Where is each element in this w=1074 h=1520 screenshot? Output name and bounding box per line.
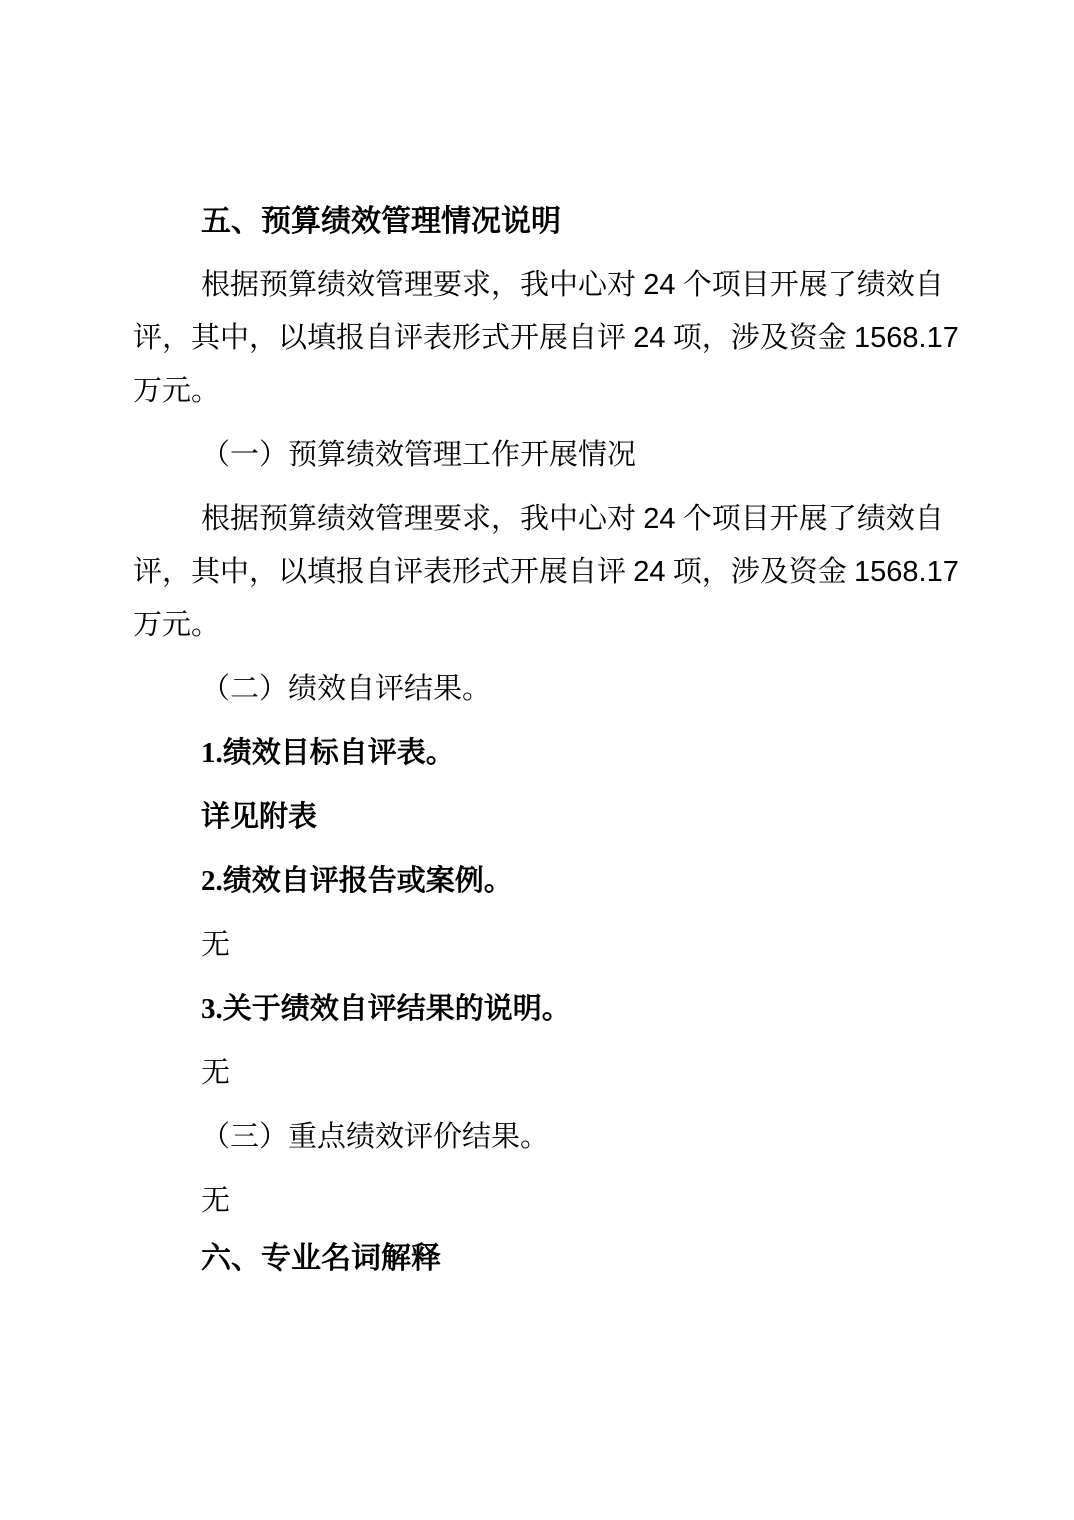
selfreview-count-number: 24 (633, 322, 665, 354)
subsection-heading-2: （二）绩效自评结果。 (133, 663, 940, 716)
text-run: 评，其中，以填报自评表形式开展自评 (133, 556, 633, 588)
paragraph-1-line-3: 万元。 (133, 365, 940, 418)
amount-number: 1568.17 (854, 556, 959, 588)
section-heading-5: 五、预算绩效管理情况说明 (133, 195, 940, 248)
item-2-title: 2.绩效自评报告或案例。 (133, 855, 940, 908)
document-page: 五、预算绩效管理情况说明 根据预算绩效管理要求，我中心对 24 个项目开展了绩效… (0, 0, 1074, 1520)
subsection-3-value: 无 (133, 1175, 940, 1228)
text-run: 评，其中，以填报自评表形式开展自评 (133, 322, 633, 354)
paragraph-1-line-2: 评，其中，以填报自评表形式开展自评 24 项，涉及资金 1568.17 (133, 312, 940, 365)
item-3-value: 无 (133, 1047, 940, 1100)
subsection-heading-1: （一）预算绩效管理工作开展情况 (133, 429, 940, 482)
item-2-value: 无 (133, 919, 940, 972)
project-count-number: 24 (643, 503, 675, 535)
text-run: 项，涉及资金 (666, 556, 855, 588)
paragraph-2-line-2: 评，其中，以填报自评表形式开展自评 24 项，涉及资金 1568.17 (133, 546, 940, 599)
item-1-value: 详见附表 (133, 791, 940, 844)
text-run: 根据预算绩效管理要求，我中心对 (201, 503, 643, 535)
item-3-title: 3.关于绩效自评结果的说明。 (133, 983, 940, 1036)
text-run: 项，涉及资金 (666, 322, 855, 354)
section-heading-6: 六、专业名词解释 (133, 1232, 940, 1285)
paragraph-2-line-3: 万元。 (133, 599, 940, 652)
subsection-heading-3: （三）重点绩效评价结果。 (133, 1111, 940, 1164)
paragraph-2-line-1: 根据预算绩效管理要求，我中心对 24 个项目开展了绩效自 (133, 493, 940, 546)
text-run: 根据预算绩效管理要求，我中心对 (201, 269, 643, 301)
selfreview-count-number: 24 (633, 556, 665, 588)
item-1-title: 1.绩效目标自评表。 (133, 727, 940, 780)
amount-number: 1568.17 (854, 322, 959, 354)
paragraph-1-line-1: 根据预算绩效管理要求，我中心对 24 个项目开展了绩效自 (133, 259, 940, 312)
text-run: 个项目开展了绩效自 (676, 503, 944, 535)
text-run: 个项目开展了绩效自 (676, 269, 944, 301)
project-count-number: 24 (643, 269, 675, 301)
